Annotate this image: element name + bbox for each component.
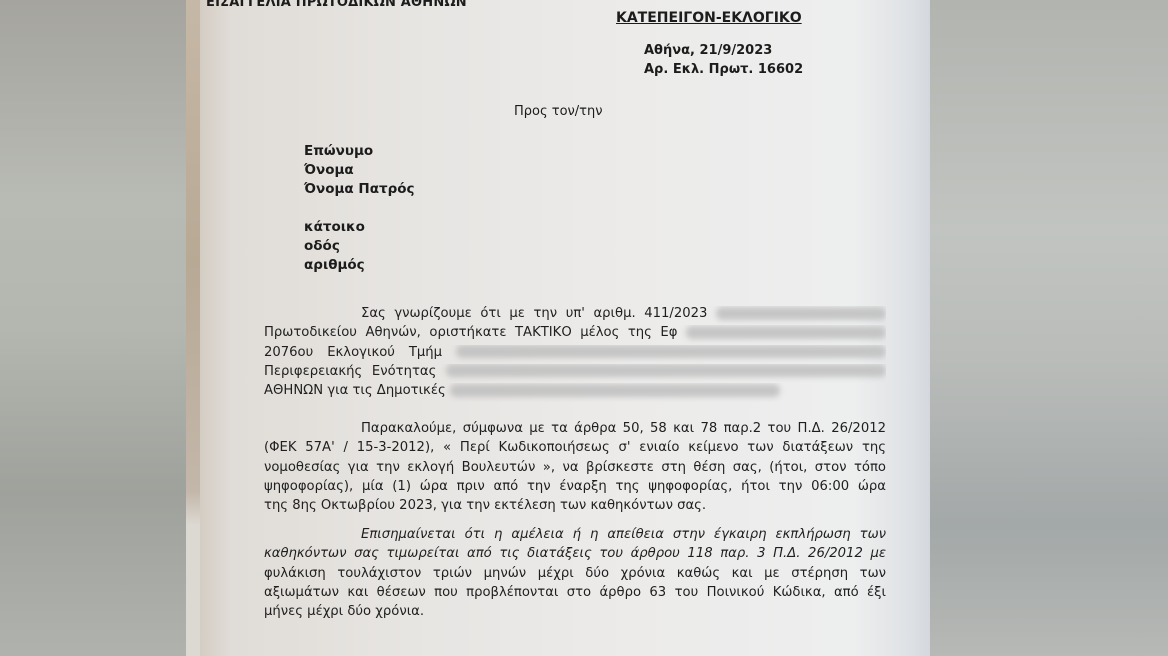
paragraph-penalties: Επισημαίνεται ότι η αμέλεια ή η απείθεια…: [264, 527, 886, 623]
paragraph-line: Περιφερειακής Ενότητας: [264, 364, 886, 383]
paragraph-line: Πρωτοδικείου Αθηνών, οριστήκατε ΤΑΚΤΙΚΟ …: [264, 325, 886, 344]
redacted-text: [446, 364, 886, 377]
paragraph-line: φυλάκιση τουλάχιστον τριών μηνών μέχρι δ…: [264, 566, 886, 585]
paragraph-line: ΑΘΗΝΩΝ για τις Δημοτικές: [264, 383, 886, 402]
paragraph-line: ψηφοφορίας), μία (1) ώρα πριν από την έν…: [264, 479, 886, 498]
paragraph-line: μήνες μέχρι δύο χρόνια.: [264, 604, 886, 623]
resident-label: κάτοικο: [304, 221, 365, 235]
redacted-text: [450, 384, 780, 397]
paragraph-line: Σας γνωρίζουμε ότι με την υπ' αριθμ. 411…: [264, 306, 886, 325]
paragraph-line: της 8ης Οκτωβρίου 2023, για την εκτέλεση…: [264, 498, 886, 517]
paragraph-line: (ΦΕΚ 57Α' / 15-3-2012), « Περί Κωδικοποι…: [264, 440, 886, 459]
blurred-background-left: [0, 0, 186, 656]
number-label: αριθμός: [304, 259, 365, 273]
letter-page: ΕΙΣΑΓΓΕΛΙΑ ΠΡΩΤΟΔΙΚΩΝ ΑΘΗΝΩΝ ΚΑΤΕΠΕΙΓΟΝ-…: [186, 0, 930, 656]
letter-date: Αθήνα, 21/9/2023: [644, 44, 772, 57]
recipient-name-label: Όνομα: [304, 164, 354, 178]
paragraph-line: νομοθεσίας για την εκλογή Βουλευτών », ν…: [264, 460, 886, 479]
paragraph-line: Επισημαίνεται ότι η αμέλεια ή η απείθεια…: [264, 527, 886, 546]
paragraph-line: 2076ου Εκλογικού Τμήμ: [264, 345, 886, 364]
recipient-father-name-label: Όνομα Πατρός: [304, 183, 415, 197]
paragraph-appointment: Σας γνωρίζουμε ότι με την υπ' αριθμ. 411…: [264, 306, 886, 402]
paragraph-instructions: Παρακαλούμε, σύμφωνα με τα άρθρα 50, 58 …: [264, 421, 886, 517]
redacted-text: [716, 307, 886, 320]
urgency-label: ΚΑΤΕΠΕΙΓΟΝ-ΕΚΛΟΓΙΚΟ: [616, 11, 802, 25]
recipient-heading: Προς τον/την: [514, 105, 603, 118]
paragraph-line: καθηκόντων σας τιμωρείται από τις διατάξ…: [264, 546, 886, 565]
paragraph-line: Παρακαλούμε, σύμφωνα με τα άρθρα 50, 58 …: [264, 421, 886, 440]
redacted-text: [686, 326, 886, 339]
protocol-number: Αρ. Εκλ. Πρωτ. 16602: [644, 63, 803, 76]
issuer-heading: ΕΙΣΑΓΓΕΛΙΑ ΠΡΩΤΟΔΙΚΩΝ ΑΘΗΝΩΝ: [206, 0, 467, 9]
redacted-text: [456, 345, 886, 358]
paragraph-line: αξιωμάτων και θέσεων που προβλέπονται στ…: [264, 585, 886, 604]
street-label: οδός: [304, 240, 340, 254]
blurred-background-right: [930, 0, 1168, 656]
recipient-surname-label: Επώνυμο: [304, 145, 373, 159]
